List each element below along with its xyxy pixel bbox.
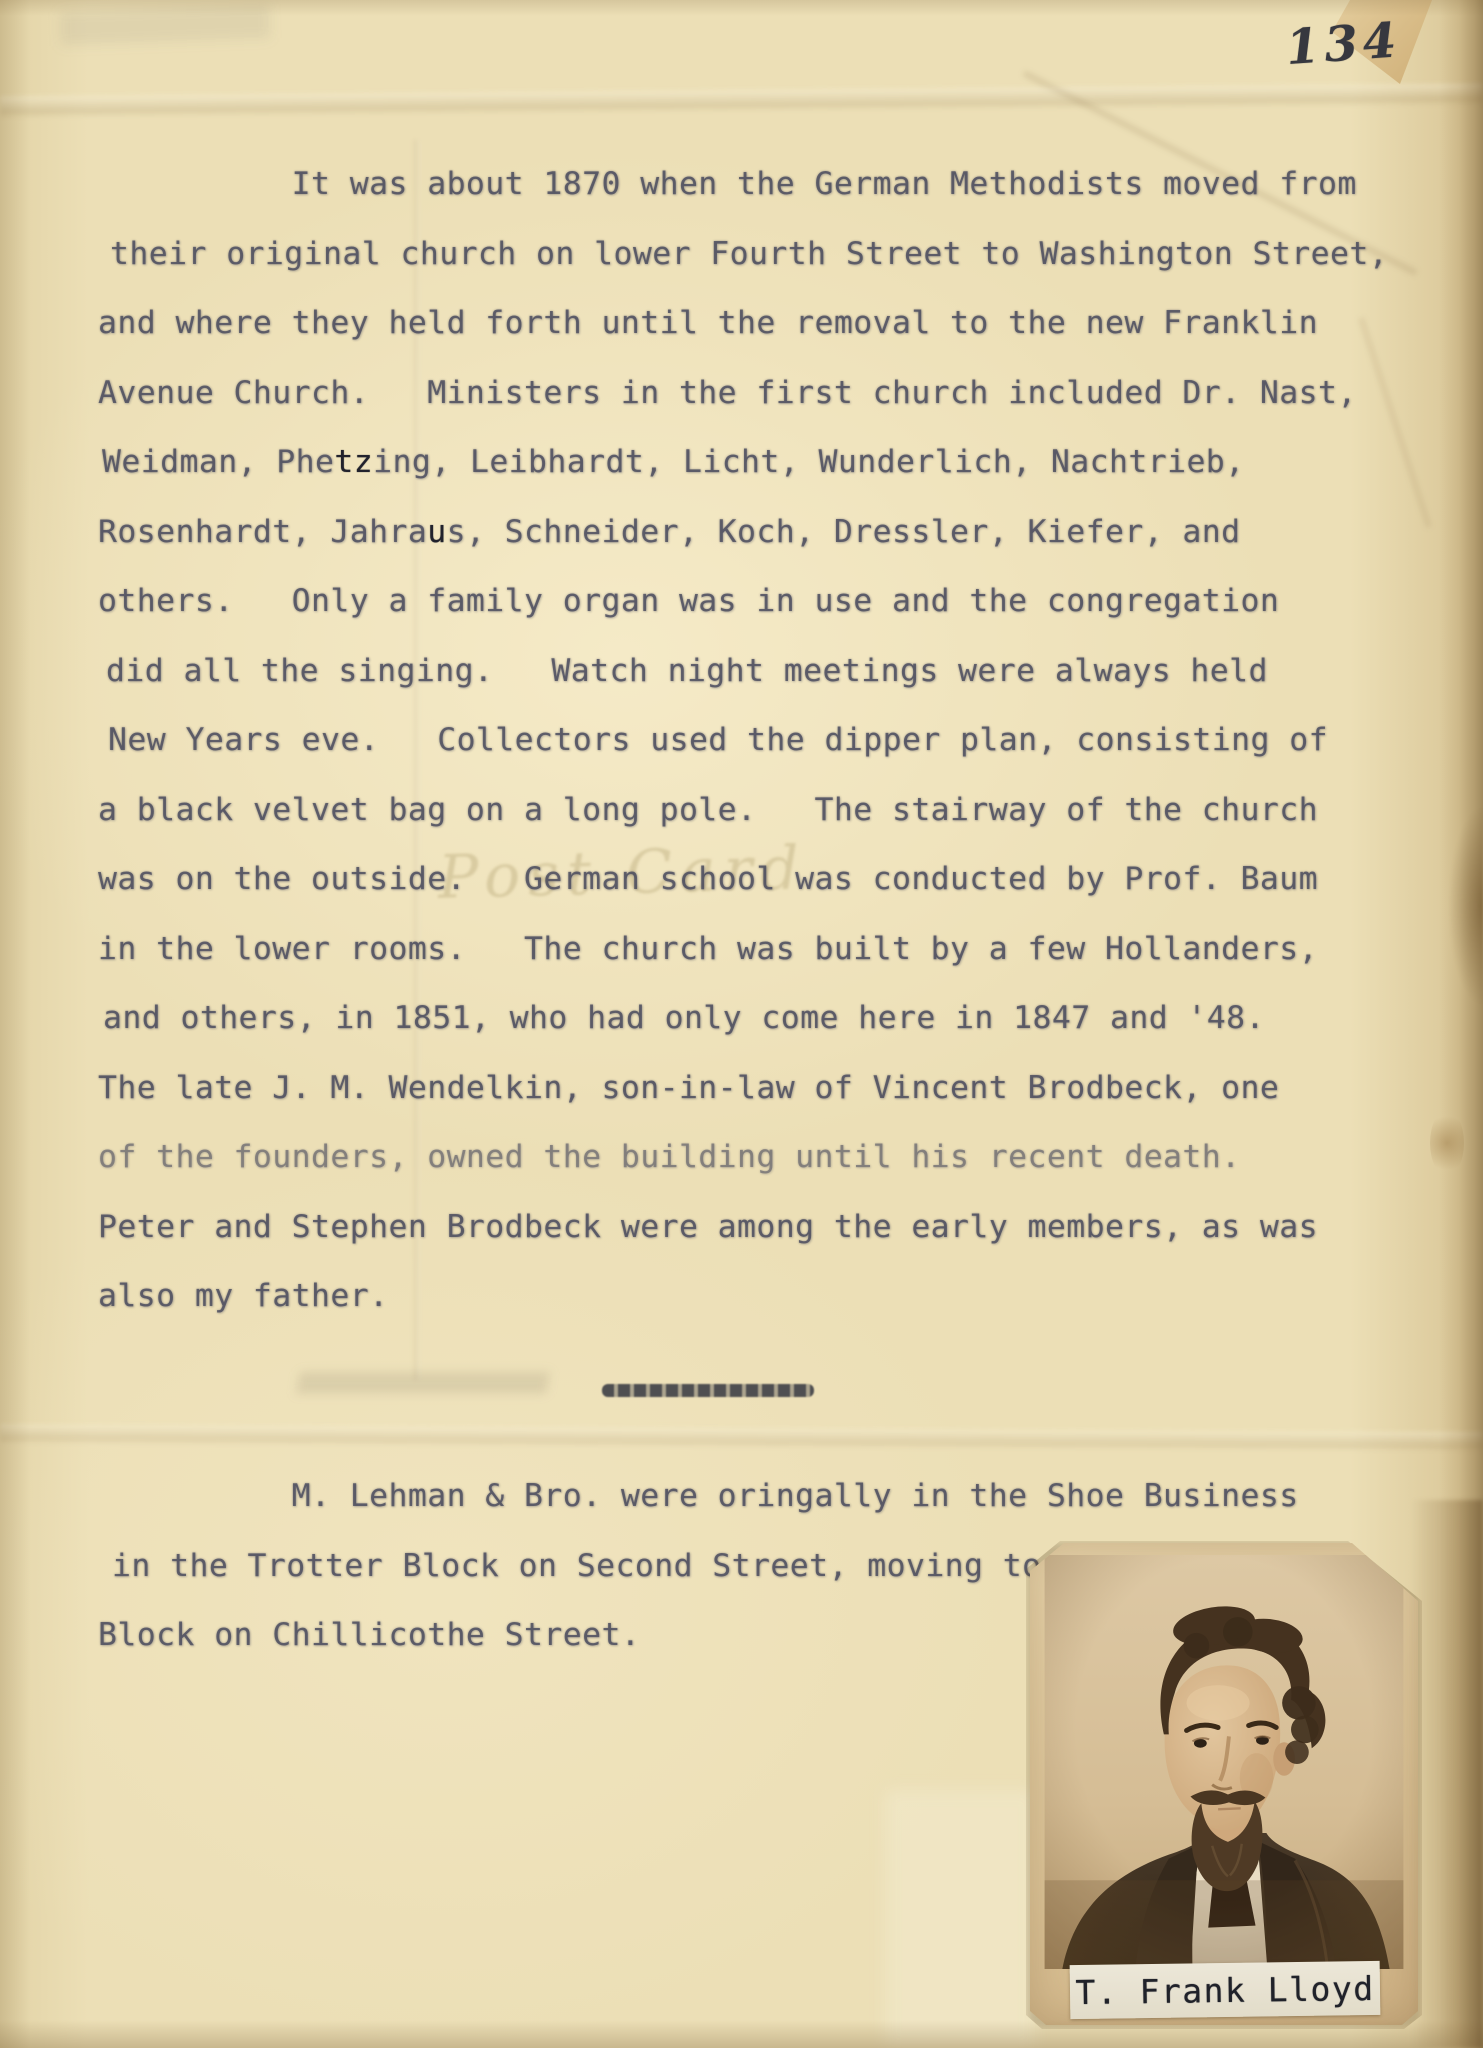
typed-line: a black velvet bag on a long pole. The s…: [98, 776, 1438, 846]
portrait-photo: [1042, 1555, 1406, 1969]
typed-line: Rosenhardt, Jahraus, Schneider, Koch, Dr…: [98, 498, 1438, 568]
typed-line: Avenue Church. Ministers in the first ch…: [98, 359, 1438, 429]
typed-line: It was about 1870 when the German Method…: [98, 150, 1438, 220]
paper-patch: [885, 1790, 1035, 2048]
typed-line: in the lower rooms. The church was built…: [98, 915, 1438, 985]
page-edge: [0, 0, 30, 2048]
typed-line: and others, in 1851, who had only come h…: [103, 984, 1438, 1054]
page-edge: [1439, 0, 1483, 2048]
paper-crease: [0, 84, 1483, 119]
erased-text-smudge: [296, 1372, 549, 1394]
ink-smudge: [59, 4, 270, 45]
typed-line: Peter and Stephen Brodbeck were among th…: [98, 1193, 1438, 1263]
typed-line: The late J. M. Wendelkin, son-in-law of …: [98, 1054, 1438, 1124]
typed-line: M. Lehman & Bro. were oringally in the S…: [98, 1462, 1438, 1532]
page-number: 134: [1284, 12, 1408, 76]
typed-paragraph-church-history: It was about 1870 when the German Method…: [98, 150, 1438, 1332]
typed-line: was on the outside. German school was co…: [98, 845, 1438, 915]
typed-line: Weidman, Phetzing, Leibhardt, Licht, Wun…: [102, 428, 1438, 498]
photograph-t-frank-lloyd: T. Frank Lloyd: [1030, 1543, 1418, 2025]
typed-line: of the founders, owned the building unti…: [98, 1123, 1438, 1193]
typed-line: their original church on lower Fourth St…: [110, 220, 1438, 290]
typed-divider-rule: [602, 1384, 814, 1397]
typed-line: also my father.: [98, 1262, 1438, 1332]
scanned-page: 134 Post Card It was about 1870 when the…: [0, 0, 1483, 2048]
paper-crease: [0, 1424, 1483, 1452]
typed-line: New Years eve. Collectors used the dippe…: [108, 706, 1438, 776]
typed-line: and where they held forth until the remo…: [98, 289, 1438, 359]
photo-caption: T. Frank Lloyd: [1070, 1961, 1381, 2019]
typed-line: did all the singing. Watch night meeting…: [106, 637, 1438, 707]
typed-line: others. Only a family organ was in use a…: [98, 567, 1438, 637]
